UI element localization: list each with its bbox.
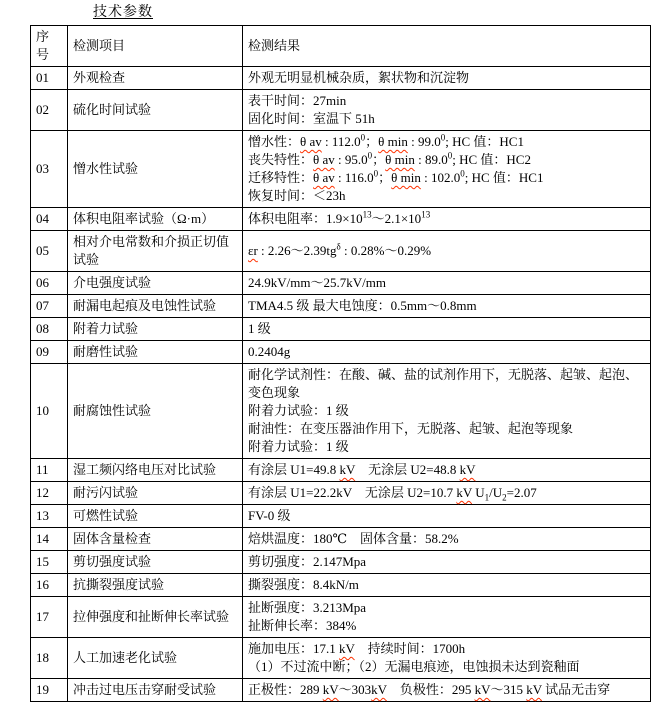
text-segment: FV-0 级 (248, 508, 291, 523)
test-item-cell: 冲击过电压击穿耐受试验 (68, 679, 243, 702)
test-item-cell: 耐腐蚀性试验 (68, 364, 243, 459)
result-line: 体积电阻率：1.9×1013～2.1×1013 (248, 210, 645, 228)
row-number-cell: 09 (31, 341, 68, 364)
text-segment: 憎水性： (248, 134, 300, 149)
test-result-cell: 扯断强度：3.213Mpa扯断伸长率：384% (243, 597, 651, 638)
result-line: 固化时间：室温下 51h (248, 110, 645, 128)
text-segment: 耐化学试剂性：在酸、碱、盐的试剂作用下，无脱落、起皱、起泡、变色现象 (248, 367, 638, 400)
spellcheck-flagged-text: θ min (391, 170, 421, 185)
header-cell-no: 序 号 (31, 26, 68, 67)
row-number-cell: 05 (31, 231, 68, 272)
test-item-cell: 抗撕裂强度试验 (68, 574, 243, 597)
text-segment: 1 级 (248, 321, 271, 336)
text-segment: TMA4.5 级 最大电蚀度：0.5mm～0.8mm (248, 298, 477, 313)
test-item-cell: 附着力试验 (68, 318, 243, 341)
test-item-cell: 湿工频闪络电压对比试验 (68, 459, 243, 482)
text-segment: 施加电压：17.1 (248, 641, 339, 656)
text-segment: /U (489, 485, 502, 500)
table-row: 06介电强度试验24.9kV/mm～25.7kV/mm (31, 272, 651, 295)
spellcheck-flagged-text: kV (526, 682, 542, 697)
text-segment: 有涂层 U1=49.8 (248, 462, 339, 477)
table-row: 13可燃性试验FV-0 级 (31, 505, 651, 528)
text-segment: 表干时间：27min (248, 93, 346, 108)
test-result-cell: 1 级 (243, 318, 651, 341)
test-item-cell: 人工加速老化试验 (68, 638, 243, 679)
table-row: 11湿工频闪络电压对比试验有涂层 U1=49.8 kV 无涂层 U2=48.8 … (31, 459, 651, 482)
text-segment: 负极性：295 (387, 682, 475, 697)
row-number-cell: 17 (31, 597, 68, 638)
text-segment: =2.07 (507, 485, 537, 500)
row-number-cell: 18 (31, 638, 68, 679)
table-row: 17拉伸强度和扯断伸长率试验扯断强度：3.213Mpa扯断伸长率：384% (31, 597, 651, 638)
spellcheck-flagged-text: θ min (385, 152, 415, 167)
result-line: 附着力试验：1 级 (248, 438, 645, 456)
text-segment: : 89.0 (415, 152, 448, 167)
test-item-cell: 介电强度试验 (68, 272, 243, 295)
test-item-cell: 拉伸强度和扯断伸长率试验 (68, 597, 243, 638)
result-line: 0.2404g (248, 343, 645, 361)
text-segment: : 2.26～2.39tg (258, 243, 337, 258)
row-number-cell: 13 (31, 505, 68, 528)
result-line: 丧失特性：θ av : 95.00；θ min : 89.00; HC 值：HC… (248, 151, 645, 169)
test-item-cell: 相对介电常数和介损正切值试验 (68, 231, 243, 272)
result-line: 恢复时间：＜23h (248, 187, 645, 205)
text-segment: 正极性：289 (248, 682, 323, 697)
test-result-cell: 有涂层 U1=49.8 kV 无涂层 U2=48.8 kV (243, 459, 651, 482)
table-body: 01外观检查外观无明显机械杂质，絮状物和沉淀物02硫化时间试验表干时间：27mi… (31, 67, 651, 702)
text-segment: : 95.0 (335, 152, 368, 167)
header-row: 序 号 检测项目 检测结果 (31, 26, 651, 67)
result-line: 扯断强度：3.213Mpa (248, 599, 645, 617)
test-result-cell: 憎水性：θ av : 112.00；θ min : 99.00; HC 值：HC… (243, 131, 651, 208)
row-number-cell: 03 (31, 131, 68, 208)
test-item-cell: 体积电阻率试验（Ω·m） (68, 208, 243, 231)
text-segment: 附着力试验：1 级 (248, 403, 349, 418)
table-row: 05相对介电常数和介损正切值试验εr : 2.26～2.39tgδ : 0.28… (31, 231, 651, 272)
table-row: 07耐漏电起痕及电蚀性试验TMA4.5 级 最大电蚀度：0.5mm～0.8mm (31, 295, 651, 318)
spellcheck-flagged-text: kV (460, 462, 476, 477)
table-row: 03憎水性试验憎水性：θ av : 112.00；θ min : 99.00; … (31, 131, 651, 208)
table-row: 10耐腐蚀性试验耐化学试剂性：在酸、碱、盐的试剂作用下，无脱落、起皱、起泡、变色… (31, 364, 651, 459)
test-result-cell: 体积电阻率：1.9×1013～2.1×1013 (243, 208, 651, 231)
spellcheck-flagged-text: kV (475, 682, 491, 697)
text-segment: ; HC 值：HC2 (452, 152, 531, 167)
table-row: 18人工加速老化试验施加电压：17.1 kV 持续时间：1700h（1）不过流中… (31, 638, 651, 679)
result-line: 外观无明显机械杂质，絮状物和沉淀物 (248, 69, 645, 87)
text-segment: ; HC 值：HC1 (445, 134, 524, 149)
text-segment: 扯断伸长率：384% (248, 618, 356, 633)
spellcheck-flagged-text: kV (371, 682, 387, 697)
result-line: 附着力试验：1 级 (248, 402, 645, 420)
test-item-cell: 剪切强度试验 (68, 551, 243, 574)
test-result-cell: FV-0 级 (243, 505, 651, 528)
section-title: 技术参数 (93, 4, 668, 22)
spellcheck-flagged-text: θ min (378, 134, 408, 149)
test-result-cell: 撕裂强度：8.4kN/m (243, 574, 651, 597)
row-number-cell: 01 (31, 67, 68, 90)
spellcheck-flagged-text: θ av (313, 170, 335, 185)
result-line: 迁移特性：θ av : 116.00；θ min : 102.00; HC 值：… (248, 169, 645, 187)
test-result-cell: TMA4.5 级 最大电蚀度：0.5mm～0.8mm (243, 295, 651, 318)
text-segment: 附着力试验：1 级 (248, 439, 349, 454)
header-cell-item: 检测项目 (68, 26, 243, 67)
row-number-cell: 06 (31, 272, 68, 295)
result-line: 剪切强度：2.147Mpa (248, 553, 645, 571)
row-number-cell: 19 (31, 679, 68, 702)
document-page: 技术参数 序 号 检测项目 检测结果 01外观检查外观无明显机械杂质，絮状物和沉… (0, 4, 668, 715)
test-result-cell: 耐化学试剂性：在酸、碱、盐的试剂作用下，无脱落、起皱、起泡、变色现象附着力试验：… (243, 364, 651, 459)
result-line: 有涂层 U1=49.8 kV 无涂层 U2=48.8 kV (248, 461, 645, 479)
row-number-cell: 10 (31, 364, 68, 459)
text-segment: 恢复时间：＜23h (248, 188, 346, 203)
table-row: 19冲击过电压击穿耐受试验正极性：289 kV～303kV 负极性：295 kV… (31, 679, 651, 702)
test-result-cell: 施加电压：17.1 kV 持续时间：1700h（1）不过流中断；（2）无漏电痕迹… (243, 638, 651, 679)
test-result-cell: 剪切强度：2.147Mpa (243, 551, 651, 574)
test-item-cell: 憎水性试验 (68, 131, 243, 208)
text-segment: 焙烘温度：180℃ 固体含量：58.2% (248, 531, 459, 546)
text-segment: ; HC 值：HC1 (465, 170, 544, 185)
test-result-cell: 0.2404g (243, 341, 651, 364)
result-line: FV-0 级 (248, 507, 645, 525)
text-segment: : 99.0 (408, 134, 441, 149)
row-number-cell: 15 (31, 551, 68, 574)
test-item-cell: 可燃性试验 (68, 505, 243, 528)
spellcheck-flagged-text: kV (323, 682, 339, 697)
row-number-cell: 04 (31, 208, 68, 231)
text-segment: ； (372, 152, 385, 167)
table-row: 15剪切强度试验剪切强度：2.147Mpa (31, 551, 651, 574)
text-segment: 剪切强度：2.147Mpa (248, 554, 366, 569)
test-result-cell: εr : 2.26～2.39tgδ : 0.28%～0.29% (243, 231, 651, 272)
text-segment: 固化时间：室温下 51h (248, 111, 375, 126)
result-line: 1 级 (248, 320, 645, 338)
text-segment: 体积电阻率：1.9×10 (248, 211, 363, 226)
text-segment: 试品无击穿 (542, 682, 610, 697)
parameters-table: 序 号 检测项目 检测结果 01外观检查外观无明显机械杂质，絮状物和沉淀物02硫… (30, 25, 651, 702)
test-result-cell: 正极性：289 kV～303kV 负极性：295 kV～315 kV 试品无击穿 (243, 679, 651, 702)
result-line: 耐油性：在变压器油作用下，无脱落、起皱、起泡等现象 (248, 420, 645, 438)
table-row: 09耐磨性试验0.2404g (31, 341, 651, 364)
test-result-cell: 表干时间：27min固化时间：室温下 51h (243, 90, 651, 131)
test-item-cell: 耐漏电起痕及电蚀性试验 (68, 295, 243, 318)
result-line: 正极性：289 kV～303kV 负极性：295 kV～315 kV 试品无击穿 (248, 681, 645, 699)
result-line: 焙烘温度：180℃ 固体含量：58.2% (248, 530, 645, 548)
row-number-cell: 08 (31, 318, 68, 341)
text-segment: : 102.0 (421, 170, 460, 185)
result-line: 撕裂强度：8.4kN/m (248, 576, 645, 594)
text-segment: （1）不过流中断；（2）无漏电痕迹，电蚀损未达到瓷釉面 (248, 659, 580, 674)
test-item-cell: 硫化时间试验 (68, 90, 243, 131)
test-item-cell: 外观检查 (68, 67, 243, 90)
text-segment: 0.2404g (248, 344, 290, 359)
result-line: εr : 2.26～2.39tgδ : 0.28%～0.29% (248, 242, 645, 260)
spellcheck-flagged-text: kV (456, 485, 472, 500)
text-segment: 无涂层 U2=48.8 (355, 462, 459, 477)
text-segment: 外观无明显机械杂质，絮状物和沉淀物 (248, 70, 469, 85)
test-item-cell: 耐磨性试验 (68, 341, 243, 364)
result-line: 有涂层 U1=22.2kV 无涂层 U2=10.7 kV U1/U2=2.07 (248, 484, 645, 502)
table-row: 16抗撕裂强度试验撕裂强度：8.4kN/m (31, 574, 651, 597)
text-segment: 持续时间：1700h (355, 641, 466, 656)
test-item-cell: 耐污闪试验 (68, 482, 243, 505)
test-result-cell: 有涂层 U1=22.2kV 无涂层 U2=10.7 kV U1/U2=2.07 (243, 482, 651, 505)
text-segment: 丧失特性： (248, 152, 313, 167)
text-segment: 有涂层 U1=22.2kV 无涂层 U2=10.7 (248, 485, 456, 500)
table-row: 14固体含量检查焙烘温度：180℃ 固体含量：58.2% (31, 528, 651, 551)
text-segment: 13 (363, 210, 372, 220)
table-row: 01外观检查外观无明显机械杂质，絮状物和沉淀物 (31, 67, 651, 90)
result-line: （1）不过流中断；（2）无漏电痕迹，电蚀损未达到瓷釉面 (248, 658, 645, 676)
text-segment: ～303 (339, 682, 372, 697)
text-segment: 撕裂强度：8.4kN/m (248, 577, 359, 592)
row-number-cell: 14 (31, 528, 68, 551)
table-row: 08附着力试验1 级 (31, 318, 651, 341)
result-line: 施加电压：17.1 kV 持续时间：1700h (248, 640, 645, 658)
test-result-cell: 外观无明显机械杂质，絮状物和沉淀物 (243, 67, 651, 90)
spellcheck-flagged-text: θ av (300, 134, 322, 149)
row-number-cell: 02 (31, 90, 68, 131)
text-segment: ～315 (490, 682, 526, 697)
text-segment: 24.9kV/mm～25.7kV/mm (248, 275, 386, 290)
spellcheck-flagged-text: εr (248, 243, 258, 258)
text-segment: : 112.0 (322, 134, 361, 149)
row-number-cell: 12 (31, 482, 68, 505)
table-row: 02硫化时间试验表干时间：27min固化时间：室温下 51h (31, 90, 651, 131)
result-line: TMA4.5 级 最大电蚀度：0.5mm～0.8mm (248, 297, 645, 315)
text-segment: 耐油性：在变压器油作用下，无脱落、起皱、起泡等现象 (248, 421, 573, 436)
result-line: 耐化学试剂性：在酸、碱、盐的试剂作用下，无脱落、起皱、起泡、变色现象 (248, 366, 645, 402)
text-segment: ； (365, 134, 378, 149)
row-number-cell: 07 (31, 295, 68, 318)
text-segment: 13 (421, 210, 430, 220)
result-line: 24.9kV/mm～25.7kV/mm (248, 274, 645, 292)
result-line: 憎水性：θ av : 112.00；θ min : 99.00; HC 值：HC… (248, 133, 645, 151)
result-line: 表干时间：27min (248, 92, 645, 110)
text-segment: ～2.1×10 (372, 211, 422, 226)
text-segment: 扯断强度：3.213Mpa (248, 600, 366, 615)
text-segment: 迁移特性： (248, 170, 313, 185)
text-segment: ； (378, 170, 391, 185)
table-row: 12耐污闪试验有涂层 U1=22.2kV 无涂层 U2=10.7 kV U1/U… (31, 482, 651, 505)
test-result-cell: 焙烘温度：180℃ 固体含量：58.2% (243, 528, 651, 551)
table-row: 04体积电阻率试验（Ω·m）体积电阻率：1.9×1013～2.1×1013 (31, 208, 651, 231)
text-segment: : 0.28%～0.29% (341, 243, 431, 258)
row-number-cell: 11 (31, 459, 68, 482)
spellcheck-flagged-text: kV (339, 462, 355, 477)
spellcheck-flagged-text: θ av (313, 152, 335, 167)
test-result-cell: 24.9kV/mm～25.7kV/mm (243, 272, 651, 295)
test-item-cell: 固体含量检查 (68, 528, 243, 551)
result-line: 扯断伸长率：384% (248, 617, 645, 635)
spellcheck-flagged-text: kV (339, 641, 355, 656)
text-segment: : 116.0 (335, 170, 374, 185)
row-number-cell: 16 (31, 574, 68, 597)
header-cell-result: 检测结果 (243, 26, 651, 67)
text-segment: U (472, 485, 485, 500)
